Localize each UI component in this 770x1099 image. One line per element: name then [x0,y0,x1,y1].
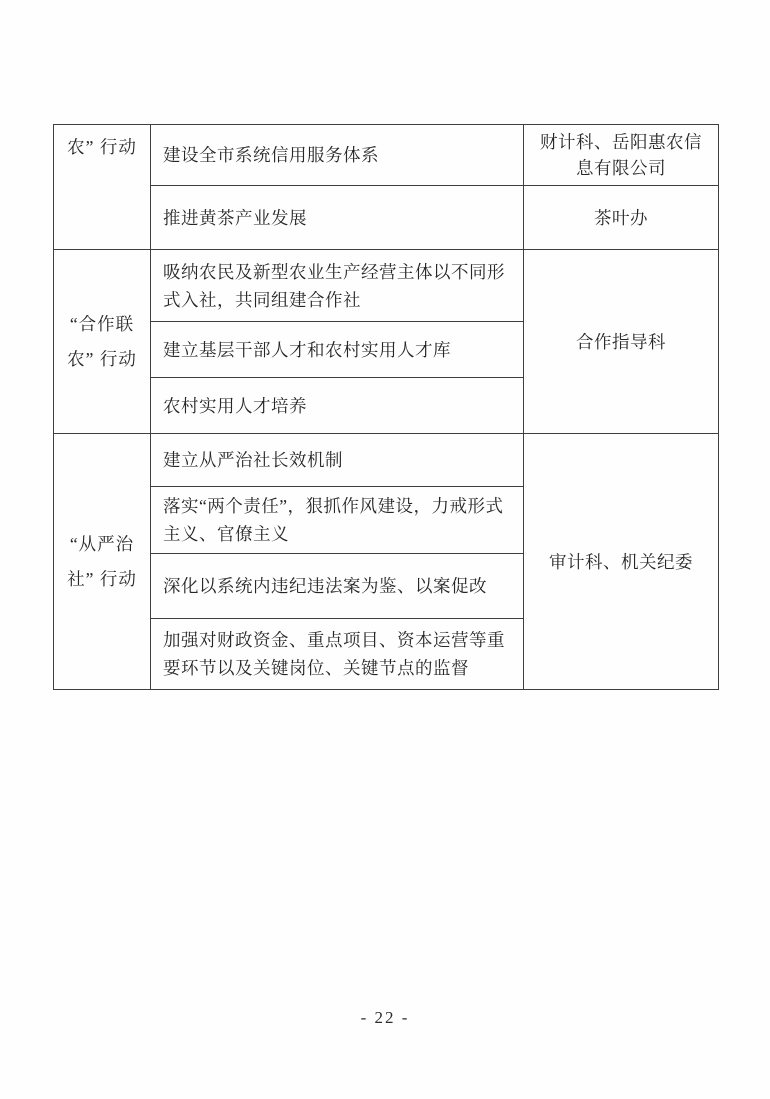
category-cell: “合作联 农” 行动 [54,250,151,434]
task-cell: 加强对财政资金、重点项目、资本运营等重要环节以及关键岗位、关键节点的监督 [151,619,524,690]
task-cell: 农村实用人才培养 [151,378,524,434]
category-cell: 农” 行动 [54,125,151,250]
table-row: “从严治 社” 行动 建立从严治社长效机制 审计科、机关纪委 [54,434,719,487]
task-cell: 落实“两个责任”，狠抓作风建设，力戒形式主义、官僚主义 [151,487,524,554]
action-plan-table: 农” 行动 建设全市系统信用服务体系 财计科、岳阳惠农信息有限公司 推进黄茶产业… [53,124,719,690]
category-cell: “从严治 社” 行动 [54,434,151,690]
table-row: “合作联 农” 行动 吸纳农民及新型农业生产经营主体以不同形式入社，共同组建合作… [54,250,719,322]
dept-cell: 财计科、岳阳惠农信息有限公司 [524,125,719,186]
dept-cell: 合作指导科 [524,250,719,434]
dept-cell: 审计科、机关纪委 [524,434,719,690]
page-number: - 22 - [0,1008,770,1028]
task-cell: 建立基层干部人才和农村实用人才库 [151,322,524,378]
table-row: 推进黄茶产业发展 茶叶办 [54,186,719,250]
dept-cell: 茶叶办 [524,186,719,250]
document-page: 农” 行动 建设全市系统信用服务体系 财计科、岳阳惠农信息有限公司 推进黄茶产业… [0,0,770,1099]
task-cell: 推进黄茶产业发展 [151,186,524,250]
table-row: 农” 行动 建设全市系统信用服务体系 财计科、岳阳惠农信息有限公司 [54,125,719,186]
task-cell: 深化以系统内违纪违法案为鉴、以案促改 [151,554,524,619]
task-cell: 建设全市系统信用服务体系 [151,125,524,186]
task-cell: 吸纳农民及新型农业生产经营主体以不同形式入社，共同组建合作社 [151,250,524,322]
task-cell: 建立从严治社长效机制 [151,434,524,487]
